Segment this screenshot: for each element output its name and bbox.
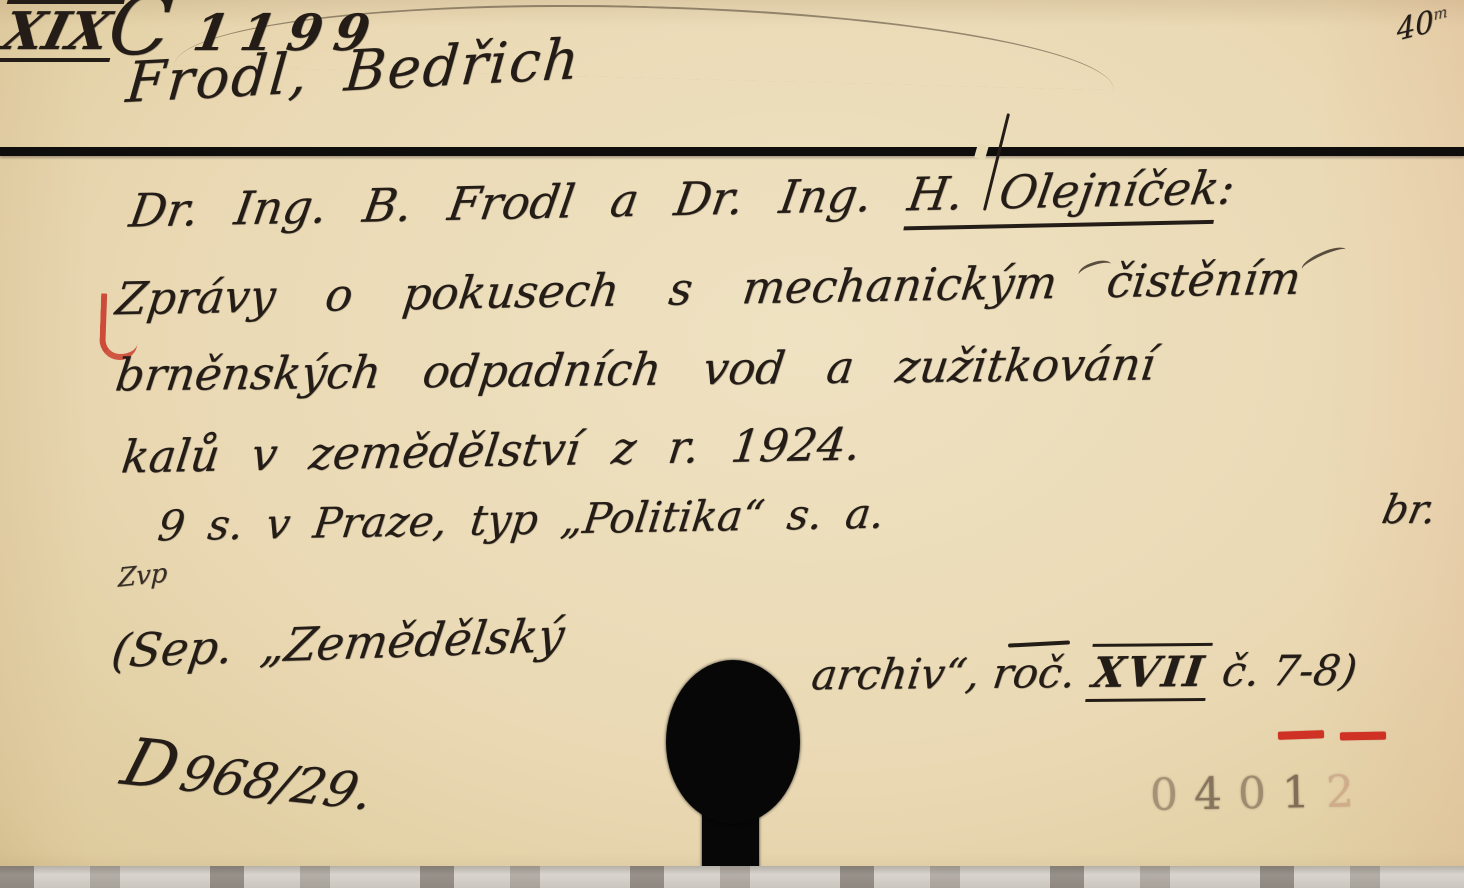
stamp-digit: 0 bbox=[1238, 772, 1283, 817]
red-underline-dash bbox=[1278, 730, 1324, 740]
stamp-digit: 0 bbox=[1150, 773, 1195, 818]
accession-stamp: 04012 bbox=[1150, 770, 1371, 818]
overline-mark bbox=[1008, 640, 1070, 647]
imprint-line: 9 s. v Praze, typ „Politika“ s. a. bbox=[155, 493, 886, 548]
scanner-edge-strip bbox=[0, 866, 1464, 888]
title-line-2: brněnských odpadních vod a zužitkování bbox=[113, 342, 1158, 398]
punch-hole bbox=[666, 660, 800, 824]
series-right-after: č. 7-8) bbox=[1219, 646, 1360, 696]
pencil-scribble bbox=[1299, 243, 1349, 276]
shelfmark-letter: C bbox=[105, 0, 176, 68]
corner-note-sup: m bbox=[1432, 2, 1447, 24]
series-note-right: archiv“, roč. XVII č. 7-8) bbox=[809, 650, 1359, 697]
series-volume: XVII bbox=[1085, 643, 1213, 702]
margin-note: Zvp bbox=[118, 560, 168, 591]
title-line-1: Zprávy o pokusech s mechanickým čistěním bbox=[113, 256, 1303, 322]
series-right-before: archiv“, roč. bbox=[809, 648, 1079, 699]
header-rule-gap bbox=[974, 143, 989, 160]
header-rule bbox=[0, 147, 1464, 156]
series-note-left: (Sep. „Zemědělský bbox=[109, 612, 567, 674]
shelfmark-number: 1199 bbox=[189, 8, 385, 58]
catalog-card: Frodl, Bedřich XIX C 1199 40m Dr. Ing. B… bbox=[0, 0, 1464, 888]
binding-note: br. bbox=[1379, 490, 1441, 530]
stamp-digit: 4 bbox=[1194, 772, 1239, 817]
accession-value: 968/29. bbox=[174, 745, 381, 822]
accession-number: D968/29. bbox=[115, 730, 383, 821]
authors-line: Dr. Ing. B. Frodl a Dr. Ing. H. Olejníče… bbox=[127, 164, 1238, 233]
stamp-digit: 2 bbox=[1326, 770, 1371, 815]
authors-underlined-name: H. Olejníček bbox=[903, 161, 1223, 231]
red-underline-dash bbox=[1340, 732, 1386, 741]
title-line-3: kalů v zemědělství z r. 1924. bbox=[119, 422, 863, 480]
stamp-digit: 1 bbox=[1282, 771, 1327, 816]
authors-line-before: Dr. Ing. B. Frodl a Dr. Ing. bbox=[126, 168, 876, 238]
